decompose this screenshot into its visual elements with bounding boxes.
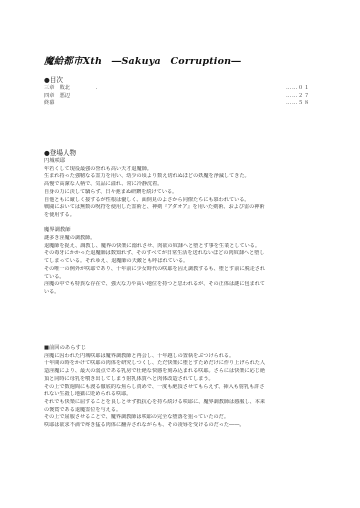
synopsis-line: 咲耶は欲求不満で疼き猛る肉体に翻弄されながらも、その凌辱を受けるのだった――。 <box>44 422 316 430</box>
synopsis-section: ■前回のあらすじ 淫魔に囚われた円城咲耶は魔界調教師と再会し、十年越しの置執をぶ… <box>44 345 316 430</box>
character-description-line: てしまっている。それゆえ、退魔師の天敵とも呼ばれている。 <box>44 258 316 266</box>
character-description-line: 自身の力に決して驕らず、日々弛まぬ研鑽を続けている。 <box>44 189 316 197</box>
character-description-line: その唯一の例外が咲耶であり、十年前に少女時代の咲耶を囚え調教するも、堕とす前に脱… <box>44 266 316 274</box>
toc-entry[interactable]: 四章 悪辺 ……２７ <box>44 93 316 101</box>
toc-entry-page: ……０１ <box>286 85 316 93</box>
character-name: 魔界調教師 <box>44 227 316 235</box>
toc-entry-label: 三章 敗北 . <box>44 85 98 93</box>
character-description-line: 高慢で高潔な人柄で、気品に溢れ、常に冷静沈着。 <box>44 181 316 189</box>
synopsis-line: それでも快楽に屈することを良しとせず抵抗心を持ち続ける咲耶に、魔界調教師は感服し… <box>44 399 316 407</box>
toc-entry-label: 終幕 <box>44 100 54 108</box>
synopsis-line: 造淫魔により、最大の弱点である乳房で壮絶な快感を刻み込まれる咲耶。さらには快楽に… <box>44 368 316 376</box>
synopsis-line: 淫魔に囚われた円城咲耶は魔界調教師と再会し、十年越しの置執をぶつけられる。 <box>44 353 316 361</box>
character-description-line: を使用する。 <box>44 212 316 220</box>
synopsis-line: れない生殺し地獄に貶められる咲耶。 <box>44 391 316 399</box>
synopsis-line: 十年間の時をかけて咲耶の肉体を研究しつくし、ただ快楽に堕とすためだけに作り上げら… <box>44 360 316 368</box>
character-description-line: 戦闘においては無数の呪符を使用した霊術と、神剣『アダオア』を用いた剣術、および雷… <box>44 204 316 212</box>
character-description-line: 謎多き淫魔の調教師。 <box>44 235 316 243</box>
characters-section: ●登場人物 円城咲耶 年若くして現役最強の誉れも高い天才退魔師。 生まれ持った強… <box>44 149 316 297</box>
synopsis-line: の褒賞である退魔霊位を与える。 <box>44 407 316 415</box>
document-title: 魔給都市Xth ―Sakuya Corruption― <box>44 53 241 67</box>
character-description-line: 自他ともに厳しく接するが性根は優しく、面倒見のよさから同僚たちにも慕われている。 <box>44 197 316 205</box>
character-description-line: ている。 <box>44 274 316 282</box>
character-description-line: その毒牙にかかった退魔師は数知れず、そのすべてが日常生活を送れないほどの肉奴隷へ… <box>44 250 316 258</box>
character-description-line: 退魔師を捉え、調教し、魔界の快楽に溺れさせ、肉欲の奴隷へと堕とす事を生業としてい… <box>44 243 316 251</box>
character-description-line: いる。 <box>44 289 316 297</box>
character-description-line: 淫魔の中でも特異な存在で、強大な力や高い地位を持つと思われるが、その正体は謎に包… <box>44 281 316 289</box>
toc-entry-page: ……２７ <box>286 93 316 101</box>
toc-entry[interactable]: 三章 敗北 . ……０１ <box>44 85 316 93</box>
character-description-line: 生まれ持った強靭なる霊力を用い、幼少の頃より数え切れぬほどの妖魔を浄滅してきた。 <box>44 173 316 181</box>
table-of-contents: ●目次 三章 敗北 . ……０１ 四章 悪辺 ……２７ 終幕 ……５８ <box>44 76 316 108</box>
characters-heading: ●登場人物 <box>44 149 316 158</box>
toc-entry[interactable]: 終幕 ……５８ <box>44 100 316 108</box>
synopsis-line: その上で数週間にも渡る徹底的な焦らし責めで、一度も絶頂させてもらえず、挿入も射乳… <box>44 384 316 392</box>
synopsis-line: その上で屈服させることで、魔界調教師は咲耶の完全な堕落を狙っていたのだ。 <box>44 414 316 422</box>
character-name: 円城咲耶 <box>44 158 316 166</box>
character-description-line: 年若くして現役最強の誉れも高い天才退魔師。 <box>44 166 316 174</box>
synopsis-heading: ■前回のあらすじ <box>44 345 316 353</box>
toc-heading: ●目次 <box>44 76 316 85</box>
toc-entry-page: ……５８ <box>286 100 316 108</box>
synopsis-line: 頂と同時に母乳を噴き出してしまう射乳体質へと肉体改造されてしまう。 <box>44 376 316 384</box>
